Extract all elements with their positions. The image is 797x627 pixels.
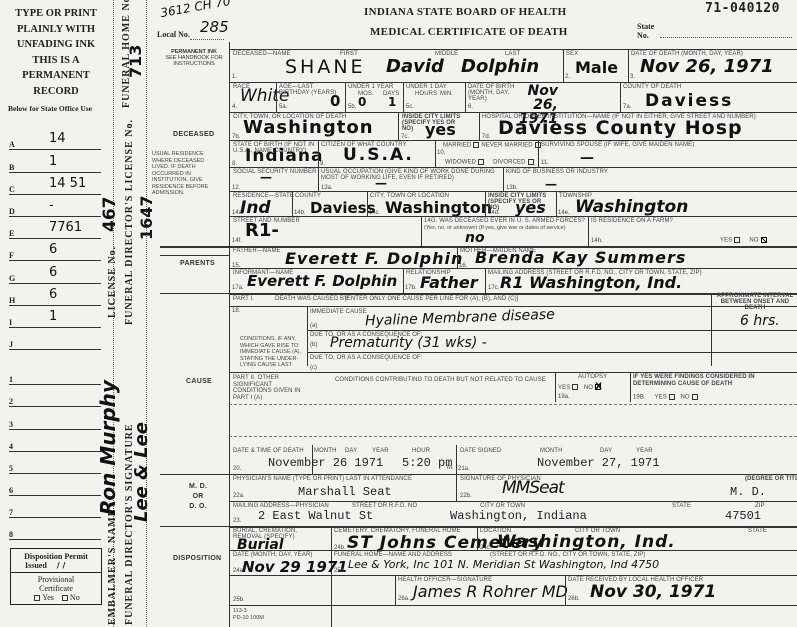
- row-line: [229, 82, 797, 83]
- cell-divider: [503, 167, 504, 191]
- state-code-row: 5: [9, 464, 101, 474]
- farm-no-checkbox[interactable]: [761, 237, 767, 243]
- state-code-row: 1: [9, 375, 101, 385]
- form-code: 113-3PD-10 100M: [233, 608, 264, 621]
- local-no-value: 285: [200, 18, 229, 36]
- row-line: [229, 474, 797, 475]
- findings-options: 19b. YES NO: [633, 394, 700, 401]
- armed-forces-hint: (Yes, no, or unknown) (If yes, give war …: [424, 225, 566, 231]
- provisional-yes-checkbox[interactable]: [34, 595, 40, 601]
- state-code-row: 7: [9, 508, 101, 518]
- cell-divider: [588, 216, 589, 246]
- hospital-name: Daviess County Hosp: [498, 117, 743, 139]
- field-number: 10.: [437, 150, 445, 156]
- provisional-yes-label: Yes: [42, 593, 54, 602]
- permit-issued-label: Issued: [25, 561, 47, 570]
- divorced-checkbox[interactable]: [528, 159, 534, 165]
- date-of-death: Nov 26, 1971: [640, 56, 774, 77]
- document-title: MEDICAL CERTIFICATE OF DEATH: [370, 26, 568, 38]
- cell-divider: [563, 49, 564, 82]
- cell-divider: [331, 526, 332, 627]
- provisional-no-checkbox[interactable]: [62, 595, 68, 601]
- cell-divider: [456, 474, 457, 501]
- state-code-row: 4: [9, 442, 101, 452]
- state-code-row: G6: [9, 274, 101, 284]
- field-number: M.: [447, 465, 454, 471]
- cell-divider: [421, 216, 422, 246]
- physician-city: Washington, Indiana: [450, 509, 587, 523]
- instruction-line: PLAINLY WITH: [8, 22, 104, 38]
- deceased-middle-name: David: [386, 56, 444, 77]
- field-number: (b): [310, 342, 317, 348]
- usual-residence-note: USUAL RESIDENCEWHERE DECEASEDLIVED. IF D…: [152, 151, 230, 197]
- section-divider: [160, 474, 230, 475]
- field-number: 6.: [468, 104, 473, 110]
- field-number: 3.: [630, 74, 635, 80]
- health-officer-signature: James R Rohrer MD: [413, 582, 568, 601]
- instruction-line: TYPE OR PRINT: [8, 6, 104, 22]
- cell-divider: [435, 140, 436, 167]
- degree-label: (DEGREE OR TITLE): [745, 476, 797, 482]
- residence-inside-limits: yes: [515, 198, 546, 217]
- state-code-value: 6: [49, 265, 57, 280]
- field-number: 5b.: [348, 104, 356, 110]
- findings-label: IF YES WERE FINDINGS CONSIDERED IN DETER…: [633, 374, 797, 387]
- occupation-label: USUAL OCCUPATION (GIVE KIND OF WORK DONE…: [321, 169, 501, 181]
- funeral-home-no-value: 713: [126, 45, 145, 78]
- row-line: [229, 191, 797, 192]
- row-line: [229, 112, 797, 113]
- field-number: (a): [310, 323, 317, 329]
- widowed-checkbox[interactable]: [478, 159, 484, 165]
- permit-title: Disposition Permit: [24, 552, 88, 561]
- state-code-letter: J: [9, 340, 13, 349]
- cell-divider: [292, 191, 293, 216]
- county-of-death: Daviess: [645, 91, 733, 111]
- enter-note: [ENTER ONLY ONE CAUSE PER LINE FOR (a), …: [345, 296, 518, 302]
- field-number: 21a.: [458, 466, 470, 472]
- field-number: 22b.: [460, 493, 472, 499]
- armed-forces-value: no: [465, 230, 485, 246]
- cell-divider: [403, 268, 404, 293]
- field-number: 18.: [232, 308, 240, 314]
- embalmer-name-label: EMBALMER'S NAME: [107, 509, 118, 625]
- row-line: [229, 167, 797, 168]
- mother-maiden-name: Brenda Kay Summers: [475, 248, 686, 267]
- relationship: Father: [420, 273, 478, 292]
- strip-divider: [146, 0, 147, 627]
- date-signed-label: DATE SIGNED: [460, 448, 501, 454]
- row-line: [229, 216, 797, 217]
- field-number: 26b.: [568, 596, 580, 602]
- field-number: (c): [310, 365, 317, 371]
- citizenship: U.S.A.: [343, 145, 414, 165]
- physician-name: Marshall Seat: [298, 485, 392, 499]
- state-code-value: 14 51: [49, 176, 86, 191]
- age-months: 0: [358, 95, 366, 109]
- row-line: [229, 140, 797, 141]
- state-code-value: -: [49, 198, 54, 213]
- field-number: 20.: [233, 466, 241, 472]
- field-number: 19a.: [558, 394, 570, 400]
- state-code-letter: A: [9, 140, 15, 149]
- hour-label: HOUR: [412, 448, 430, 454]
- state-code-row: I1: [9, 318, 101, 328]
- township: Washington: [575, 197, 688, 217]
- field-number: 25a.: [334, 568, 346, 574]
- section-disposition: DISPOSITION: [173, 555, 221, 562]
- day-label: DAY: [345, 448, 357, 454]
- residence-county: Daviess: [310, 199, 376, 217]
- embalmer-name-value: Ron Murphy: [96, 380, 120, 515]
- cell-divider: [465, 82, 466, 112]
- field-number: 26a.: [398, 596, 410, 602]
- due-to-label-c: DUE TO, OR AS A CONSEQUENCE OF:: [310, 355, 423, 361]
- cell-divider: [479, 112, 480, 140]
- instruction-line: RECORD: [8, 84, 104, 100]
- section-divider: [160, 255, 230, 256]
- cell-divider: [630, 372, 631, 402]
- state-code-value: 1: [49, 309, 57, 324]
- disposition-permit-box: Disposition Permit Issued / / Provisiona…: [10, 548, 102, 605]
- provisional-title: Provisional: [38, 575, 74, 584]
- cell-divider: [276, 82, 277, 112]
- deceased-sex: Male: [575, 58, 618, 77]
- state-code-value: 14: [49, 131, 66, 146]
- state-code-value: 7761: [49, 220, 82, 235]
- part2-note: CONDITIONS CONTRIBUTING TO DEATH BUT NOT…: [335, 377, 546, 383]
- state-code-letter: F: [9, 251, 14, 260]
- section-divider: [160, 293, 230, 294]
- part2-label: PART II. OTHER SIGNIFICANT CONDITIONS GI…: [233, 375, 308, 401]
- farm-yes-checkbox[interactable]: [734, 237, 740, 243]
- state-code-value: 6: [49, 287, 57, 302]
- cell-divider: [485, 268, 486, 293]
- married-checkbox[interactable]: [473, 142, 479, 148]
- cell-divider: [318, 167, 319, 191]
- state-code-letter: 6: [9, 486, 13, 495]
- cell-divider: [555, 372, 556, 402]
- row-line: [229, 268, 797, 269]
- state-code-letter: I: [9, 318, 12, 327]
- location-state-label: STATE: [748, 528, 767, 534]
- ssn-value: —: [260, 170, 272, 184]
- death-was-label: DEATH WAS CAUSED BY:: [275, 296, 350, 302]
- state-code-letter: 2: [9, 397, 13, 406]
- signed-day-label: DAY: [600, 448, 612, 454]
- section-md: M. D.ORD. O.: [189, 482, 207, 512]
- section-deceased: DECEASED: [173, 131, 214, 138]
- state-code-row: A14: [9, 140, 101, 150]
- field-number: 14h.: [591, 238, 603, 244]
- autopsy-no-mark: X: [595, 382, 602, 392]
- conditions-note: CONDITIONS, IF ANY,WHICH GAVE RISE TOIMM…: [240, 336, 306, 369]
- physician-state-label: STATE: [672, 503, 691, 509]
- informant-name: Everett F. Dolphin: [247, 272, 397, 290]
- autopsy-yes-checkbox[interactable]: [572, 384, 578, 390]
- deceased-last-name: Dolphin: [461, 56, 539, 77]
- marital-status-2: WIDOWED DIVORCED: [445, 159, 536, 166]
- cell-divider: [628, 49, 629, 82]
- section-parents: PARENTS: [180, 260, 215, 267]
- funeral-home-name-address: Lee & York, Inc 101 N. Meridian St Washi…: [348, 558, 659, 571]
- under-year-label: UNDER 1 YEAR: [348, 84, 393, 90]
- cell-divider: [556, 191, 557, 216]
- state-code-row: H6: [9, 296, 101, 306]
- state-code-letter: 8: [9, 530, 13, 539]
- sex-label: SEX: [566, 51, 578, 57]
- state-code-value: 1: [49, 154, 57, 169]
- farm-label: IS RESIDENCE ON A FARM?: [591, 218, 673, 224]
- interval-label: APPROXIMATE INTERVAL BETWEEN ONSET AND D…: [713, 293, 797, 311]
- disposition-location: Washington, Ind.: [497, 532, 676, 552]
- state-of-birth: Indiana: [245, 146, 323, 166]
- armed-forces-label: 14g. WAS DECEASED EVER IN U. S. ARMED FO…: [424, 218, 585, 224]
- physician-zip: 47501: [725, 509, 761, 523]
- occupation-value: —: [375, 176, 387, 190]
- field-number: 2.: [565, 74, 570, 80]
- cell-divider: [538, 140, 539, 167]
- autopsy-label: AUTOPSY: [578, 374, 607, 380]
- state-code-row: 6: [9, 486, 101, 496]
- state-code-letter: E: [9, 229, 14, 238]
- instruction-block: TYPE OR PRINT PLAINLY WITH UNFADING INK …: [8, 6, 104, 99]
- immediate-cause-label: IMMEDIATE CAUSE: [310, 309, 367, 315]
- field-number: 5c.: [406, 104, 414, 110]
- cell-divider: [395, 575, 396, 605]
- informant-mailing-address: R1 Washington, Ind.: [500, 273, 682, 292]
- field-number: 11.: [541, 160, 549, 166]
- row-line: [229, 436, 797, 437]
- surviving-spouse: —: [580, 150, 594, 166]
- state-no-line: [660, 37, 792, 38]
- signed-month-label: MONTH: [540, 448, 563, 454]
- row-line: [307, 352, 797, 353]
- date-signed: November 27, 1971: [537, 456, 659, 470]
- year-label: YEAR: [372, 448, 389, 454]
- cell-divider: [403, 82, 404, 112]
- state-code-letter: 5: [9, 464, 13, 473]
- cell-divider: [456, 445, 457, 475]
- degree: M. D.: [730, 485, 766, 499]
- local-no-line: [190, 39, 224, 40]
- deceased-first-name: SHANE: [285, 56, 366, 78]
- residence-state: Ind: [240, 198, 271, 218]
- state-code-letter: G: [9, 274, 15, 283]
- state-code-row: D-: [9, 207, 101, 217]
- autopsy-options: YES NOX: [558, 382, 602, 392]
- state-code-row: 8: [9, 530, 101, 540]
- state-code-row: C14 51: [9, 185, 101, 195]
- findings-yes-checkbox[interactable]: [669, 394, 675, 400]
- row-line: [307, 330, 797, 331]
- min-label: MIN.: [440, 91, 453, 97]
- father-name: Everett F. Dolphin: [285, 249, 463, 268]
- signed-year-label: YEAR: [636, 448, 653, 454]
- cell-divider: [620, 82, 621, 112]
- field-number: 17b.: [405, 285, 417, 291]
- provisional-subtitle: Certificate: [39, 584, 73, 593]
- cell-divider: [318, 140, 319, 167]
- state-code-letter: H: [9, 296, 15, 305]
- ssn-label: SOCIAL SECURITY NUMBER: [233, 169, 317, 175]
- cause-a-interval: 6 hrs.: [740, 313, 780, 329]
- county-of-death-label: COUNTY OF DEATH: [623, 84, 681, 90]
- row-line: [229, 501, 797, 502]
- field-number: 25b.: [233, 597, 245, 603]
- cause-a: Hyaline Membrane disease: [365, 307, 555, 330]
- cell-divider: [398, 112, 399, 140]
- state-code-letter: 4: [9, 442, 13, 451]
- field-number: 5a.: [279, 104, 287, 110]
- state-code-letter: 7: [9, 508, 13, 517]
- business-label: KIND OF BUSINESS OR INDUSTRY: [506, 169, 608, 175]
- physician-name-label: PHYSICIAN'S NAME (TYPE OR PRINT) LAST IN…: [233, 476, 412, 482]
- instruction-line: PERMANENT: [8, 68, 104, 84]
- state-code-letter: 1: [9, 375, 13, 384]
- under-day-label: UNDER 1 DAY: [406, 84, 447, 90]
- field-number: 1.: [232, 74, 237, 80]
- instruction-line: UNFADING INK: [8, 37, 104, 53]
- field-number: 14f.: [232, 238, 242, 244]
- provisional-no-label: No: [70, 593, 80, 602]
- state-code-row: J: [9, 340, 101, 350]
- state-no-label: State No.: [637, 22, 657, 40]
- inside-city-limits: yes: [425, 120, 456, 139]
- state-code-letter: D: [9, 207, 15, 216]
- cell-divider: [477, 526, 478, 550]
- cell-divider: [345, 82, 346, 112]
- instruction-line: THIS IS A: [8, 53, 104, 69]
- field-number: 22a.: [233, 493, 245, 499]
- local-no-label: Local No.: [157, 30, 190, 39]
- name-label: DECEASED—NAME: [233, 51, 291, 57]
- form-top-border: [229, 49, 797, 50]
- state-code-row: F6: [9, 251, 101, 261]
- surviving-spouse-label: SURVIVING SPOUSE (IF WIFE, GIVE MAIDEN N…: [541, 142, 694, 148]
- deceased-age: 0: [330, 92, 340, 110]
- residence-street: R1-: [245, 220, 279, 241]
- state-code-row: 2: [9, 397, 101, 407]
- cell-divider: [485, 191, 486, 216]
- date-of-death-typed: November 26 1971: [268, 456, 383, 470]
- field-number: 23.: [233, 518, 241, 524]
- time-of-death: 5:20 pm: [402, 456, 452, 470]
- month-label: MONTH: [314, 448, 337, 454]
- cell-divider: [565, 575, 566, 605]
- state-code-row: E7761: [9, 229, 101, 239]
- state-code-letter: C: [9, 185, 15, 194]
- age-days: 1: [388, 95, 396, 109]
- funeral-director-license-value: 1647: [137, 195, 156, 240]
- date-time-of-death-label: DATE & TIME OF DEATH: [233, 448, 304, 454]
- business-value: —: [545, 177, 557, 191]
- father-label: FATHER—NAME: [233, 248, 281, 254]
- disposition-date: Nov 29 1971: [242, 558, 348, 576]
- state-code-row: 3: [9, 420, 101, 430]
- city-of-death: Washington: [243, 117, 374, 138]
- form-left-border: [229, 42, 230, 627]
- agency-title: INDIANA STATE BOARD OF HEALTH: [364, 6, 566, 18]
- field-number: 7a.: [623, 104, 631, 110]
- state-code-letter: 3: [9, 420, 13, 429]
- marital-status: MARRIEDNEVER MARRIED: [443, 142, 543, 149]
- funeral-director-license-label: FUNERAL DIRECTOR'S LICENSE No.: [124, 119, 135, 325]
- state-code-value: 6: [49, 242, 57, 257]
- physician-signature: MMSeat: [502, 478, 564, 498]
- findings-no-checkbox[interactable]: [692, 394, 698, 400]
- state-code-letter: B: [9, 163, 14, 172]
- row-line: [229, 575, 797, 576]
- funeral-director-signature-value: Lee & Lee: [131, 422, 152, 522]
- state-code-row: B1: [9, 163, 101, 173]
- permanent-ink-note: PERMANENT INK SEE HANDBOOK FOR INSTRUCTI…: [161, 49, 227, 67]
- license-no-label: LICENSE No.: [107, 246, 118, 318]
- permit-issued-value: / /: [57, 561, 66, 570]
- row-line: [229, 550, 797, 551]
- date-received: Nov 30, 1971: [590, 582, 716, 602]
- row-line: [229, 372, 797, 373]
- cell-divider: [307, 306, 308, 366]
- residence-city: Washington: [385, 198, 492, 217]
- cell-divider: [457, 246, 458, 268]
- field-number: 17a.: [232, 285, 244, 291]
- section-cause: CAUSE: [186, 378, 212, 385]
- cell-divider: [367, 191, 368, 216]
- row-line: [229, 605, 797, 606]
- farm-options: YES NO: [720, 237, 769, 244]
- field-number: 4.: [232, 104, 237, 110]
- certificate-number: 71-040120: [705, 1, 780, 16]
- cause-b: Prematurity (31 wks) -: [330, 335, 487, 351]
- field-number: 17c.: [488, 285, 499, 291]
- physician-street: 2 East Walnut St: [258, 509, 373, 523]
- row-line: [229, 404, 797, 405]
- license-no-value: 467: [100, 197, 120, 233]
- part1-label: PART I.: [233, 296, 254, 302]
- hours-label: HOURS: [415, 91, 437, 97]
- state-office-label: Below for State Office Use: [8, 104, 92, 113]
- section-divider: [160, 526, 230, 527]
